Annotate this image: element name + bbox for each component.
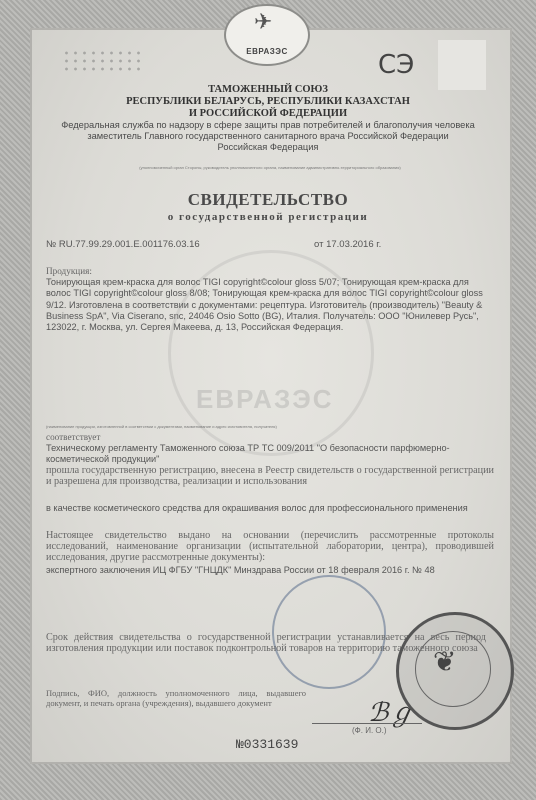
agency-line-3: Российская Федерация bbox=[0, 142, 536, 152]
number-label: № bbox=[46, 239, 56, 250]
signature-line bbox=[312, 723, 422, 724]
registration-date: от 17.03.2016 г. bbox=[314, 239, 381, 250]
basis-text: экспертного заключения ИЦ ФГБУ "ГНЦДК" М… bbox=[46, 565, 494, 576]
watermark-text: ЕВРАЗЭС bbox=[196, 384, 334, 415]
conformity-text: Техническому регламенту Таможенного союз… bbox=[46, 443, 494, 465]
number-value: RU.77.99.29.001.E.001176.03.16 bbox=[59, 239, 200, 250]
registration-number: № RU.77.99.29.001.E.001176.03.16 bbox=[46, 239, 200, 250]
registry-text: прошла государственную регистрацию, внес… bbox=[46, 465, 494, 487]
conformity-caption: (наименование продукции, изготовленной в… bbox=[46, 424, 494, 429]
basis-label: Настоящее свидетельство выдано на основа… bbox=[46, 530, 494, 564]
date-value: 17.03.2016 г. bbox=[326, 239, 381, 250]
se-mark-icon: СЭ bbox=[378, 50, 414, 80]
double-headed-eagle-icon: ❦ bbox=[433, 645, 456, 678]
fio-caption: (Ф. И. О.) bbox=[352, 726, 387, 735]
document-subtitle: о государственной регистрации bbox=[0, 211, 536, 223]
agency-caption: (уполномоченный орган Стороны, руководит… bbox=[60, 165, 480, 170]
conformity-section: соответствует Техническому регламенту Та… bbox=[46, 432, 494, 466]
agency-line-2: заместитель Главного государственного са… bbox=[0, 131, 536, 141]
official-seal: ❦ bbox=[396, 612, 514, 730]
form-serial-number: №0331639 bbox=[236, 737, 298, 752]
header-line-3: И РОССИЙСКОЙ ФЕДЕРАЦИИ bbox=[0, 108, 536, 119]
agency-line-1: Федеральная служба по надзору в сфере за… bbox=[0, 120, 536, 130]
eurasec-emblem: ✈ ЕВРАЗЭС bbox=[224, 4, 310, 66]
date-label: от bbox=[314, 239, 323, 250]
document-title: СВИДЕТЕЛЬСТВО bbox=[0, 190, 536, 210]
conformity-label: соответствует bbox=[46, 432, 494, 443]
emblem-label: ЕВРАЗЭС bbox=[246, 47, 288, 56]
header-line-2: РЕСПУБЛИКИ БЕЛАРУСЬ, РЕСПУБЛИКИ КАЗАХСТА… bbox=[0, 96, 536, 107]
usage-text: в качестве косметического средства для о… bbox=[46, 503, 494, 514]
signature-caption: Подпись, ФИО, должность уполномоченного … bbox=[46, 688, 306, 708]
header-line-1: ТАМОЖЕННЫЙ СОЮЗ bbox=[0, 84, 536, 95]
blank-patch bbox=[438, 40, 486, 90]
decorative-pattern bbox=[62, 49, 144, 73]
bird-logo-icon: ✈ bbox=[254, 10, 272, 35]
